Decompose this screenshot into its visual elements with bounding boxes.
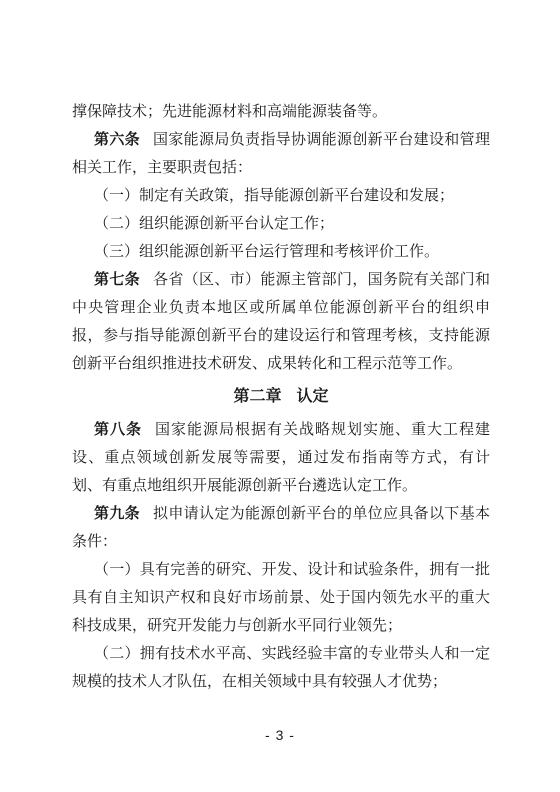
document-page: 撑保障技术；先进能源材料和高端能源装备等。 第六条国家能源局负责指导协调能源创新… xyxy=(0,0,560,792)
paragraph-article-8: 第八条国家能源局根据有关战略规划实施、重大工程建设、重点领域创新发展等需要，通过… xyxy=(72,416,490,500)
article-6-label: 第六条 xyxy=(94,131,140,148)
condition-item-1: （一）具有完善的研究、开发、设计和试验条件，拥有一批具有自主知识产权和良好市场前… xyxy=(72,556,490,640)
article-7-label: 第七条 xyxy=(94,271,140,288)
list-item-2: （二）组织能源创新平台认定工作； xyxy=(72,210,490,238)
chapter-title: 认定 xyxy=(297,388,329,405)
list-item-3: （三）组织能源创新平台运行管理和考核评价工作。 xyxy=(72,238,490,266)
chapter-heading: 第二章认定 xyxy=(72,383,490,411)
chapter-label: 第二章 xyxy=(233,388,281,405)
paragraph-article-7: 第七条各省（区、市）能源主管部门，国务院有关部门和中央管理企业负责本地区或所属单… xyxy=(72,266,490,378)
article-8-label: 第八条 xyxy=(94,421,142,438)
condition-item-2: （二）拥有技术水平高、实践经验丰富的专业带头人和一定规模的技术人才队伍，在相关领… xyxy=(72,640,490,696)
paragraph-article-9: 第九条拟申请认定为能源创新平台的单位应具备以下基本条件： xyxy=(72,500,490,556)
article-9-label: 第九条 xyxy=(94,505,140,522)
paragraph-article-6: 第六条国家能源局负责指导协调能源创新平台建设和管理相关工作，主要职责包括： xyxy=(72,126,490,182)
list-item-1: （一）制定有关政策，指导能源创新平台建设和发展； xyxy=(72,182,490,210)
paragraph-continuation: 撑保障技术；先进能源材料和高端能源装备等。 xyxy=(72,98,490,126)
page-number: - 3 - xyxy=(0,727,560,743)
document-body: 撑保障技术；先进能源材料和高端能源装备等。 第六条国家能源局负责指导协调能源创新… xyxy=(72,98,490,696)
